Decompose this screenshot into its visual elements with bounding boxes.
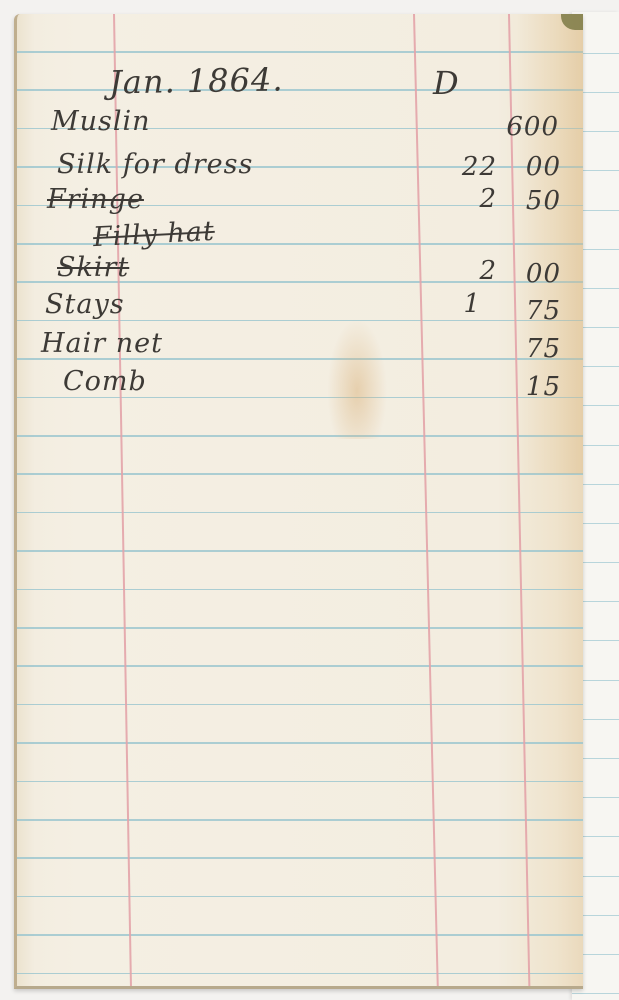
ruled-line bbox=[17, 742, 583, 744]
ruled-line bbox=[17, 473, 583, 475]
ledger-heading: Jan. 1864. bbox=[109, 60, 284, 101]
entry-item: Filly hat bbox=[92, 216, 215, 253]
entry-dollars: 2 bbox=[437, 256, 497, 286]
ledger-page: Jan. 1864. D Muslin 600 Silk for dress 2… bbox=[14, 14, 583, 989]
entry-item: Skirt bbox=[57, 252, 129, 283]
entry-cents: 50 bbox=[517, 186, 561, 216]
entry-cents: 00 bbox=[517, 259, 561, 289]
entry-cents: 75 bbox=[517, 296, 561, 326]
entry-item: Silk for dress bbox=[57, 149, 253, 180]
ruled-line bbox=[17, 896, 583, 898]
ruled-line bbox=[572, 993, 619, 994]
entry-item: Hair net bbox=[41, 328, 163, 359]
water-stain bbox=[327, 319, 387, 439]
ruled-line bbox=[17, 589, 583, 591]
ruled-line bbox=[17, 627, 583, 629]
ruled-line bbox=[17, 550, 583, 552]
entry-dollars: 2 bbox=[437, 184, 497, 214]
entry-cents: 00 bbox=[517, 152, 561, 182]
ruled-line bbox=[17, 320, 583, 322]
ruled-line bbox=[17, 51, 583, 53]
ruled-line bbox=[17, 819, 583, 821]
edge-stain bbox=[517, 14, 583, 474]
ruled-line bbox=[17, 665, 583, 667]
entry-cents: 75 bbox=[517, 334, 561, 364]
ruled-line bbox=[17, 512, 583, 514]
ruled-line bbox=[17, 857, 583, 859]
entry-cents: 15 bbox=[517, 372, 561, 402]
ruled-line bbox=[17, 781, 583, 783]
column-marker: D bbox=[433, 64, 460, 102]
ruled-line bbox=[17, 704, 583, 706]
entry-item: Fringe bbox=[47, 184, 144, 215]
entry-cents: 600 bbox=[479, 112, 559, 142]
entry-item: Comb bbox=[63, 366, 147, 397]
entry-dollars: 22 bbox=[437, 152, 497, 182]
ruled-line bbox=[17, 89, 583, 91]
ruled-line bbox=[17, 934, 583, 936]
ruled-line bbox=[17, 973, 583, 975]
ruled-line bbox=[17, 435, 583, 437]
entry-dollars: 1 bbox=[437, 289, 481, 319]
entry-item: Muslin bbox=[51, 106, 151, 137]
dollars-column-rule bbox=[413, 14, 439, 986]
entry-item: Stays bbox=[45, 289, 125, 320]
